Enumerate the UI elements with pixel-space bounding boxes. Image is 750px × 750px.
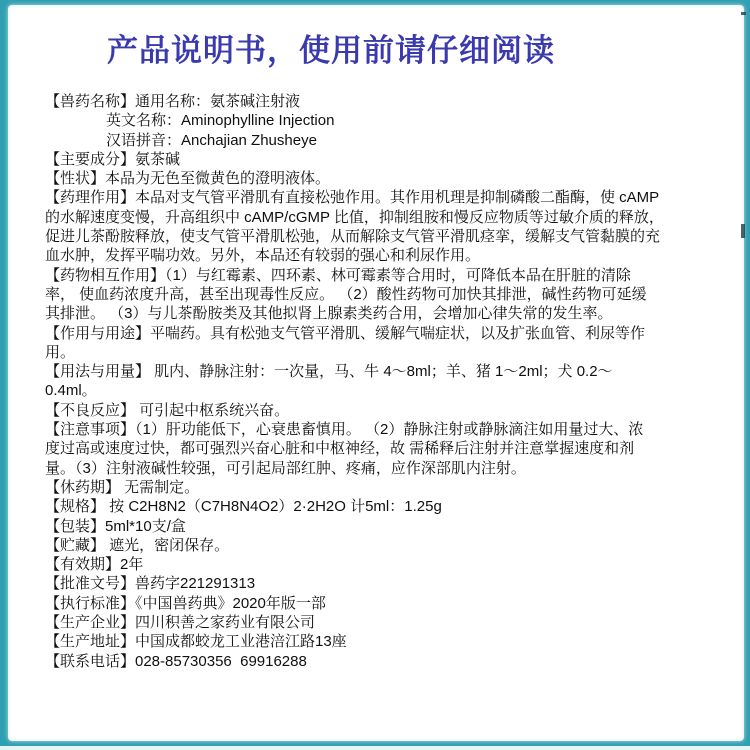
body-line: 其排泄。 （3）与儿茶酚胺类及其他拟肾上腺素类药合用，会增加心律失常的发生率。 (45, 304, 744, 323)
page-title: 产品说明书，使用前请仔细阅读 (8, 31, 654, 71)
body-line: 【生产地址】中国成都蛟龙工业港涪江路13座 (45, 632, 744, 651)
bottom-edge-strip (0, 746, 750, 750)
body-line: 汉语拼音：Anchajian Zhusheye (45, 131, 744, 150)
leaflet-page: 产品说明书，使用前请仔细阅读 【兽药名称】通用名称：氨茶碱注射液 英文名称：Am… (8, 5, 744, 741)
body-line: 率， 使血药浓度升高，甚至出现毒性反应。 （2）酸性药物可加快其排泄，碱性药物可… (45, 285, 744, 304)
body-line: 用。 (45, 343, 744, 362)
leaflet-body: 【兽药名称】通用名称：氨茶碱注射液 英文名称：Aminophylline Inj… (45, 92, 744, 671)
body-line: 量。（3）注射液碱性较强，可引起局部红肿、疼痛，应作深部肌内注射。 (45, 459, 744, 478)
body-line: 【主要成分】氨茶碱 (45, 150, 744, 169)
body-line: 【规格】 按 C2H8N2（C7H8N4O2）2·2H2O 计5ml：1.25g (45, 497, 744, 516)
body-line: 【性状】本品为无色至微黄色的澄明液体。 (45, 169, 744, 188)
body-line: 【药理作用】本品对支气管平滑肌有直接松弛作用。其作用机理是抑制磷酸二酯酶，使 c… (45, 188, 744, 207)
body-line: 【药物相互作用】（1）与红霉素、四环素、林可霉素等合用时，可降低本品在肝脏的清除 (45, 266, 744, 285)
body-line: 度过高或速度过快，都可强烈兴奋心脏和中枢神经，故 需稀释后注射并注意掌握速度和剂 (45, 439, 744, 458)
body-line: 【有效期】2年 (45, 555, 744, 574)
body-line: 【执行标准】《中国兽药典》2020年版一部 (45, 594, 744, 613)
body-line: 【包装】5ml*10支/盒 (45, 517, 744, 536)
body-line: 【批准文号】兽药字221291313 (45, 574, 744, 593)
body-line: 促进儿茶酚胺释放，使支气管平滑肌松弛，从而解除支气管平滑肌痉挛，缓解支气管黏膜的… (45, 227, 744, 246)
body-line: 的水解速度变慢，升高组织中 cAMP/cGMP 比值，抑制组胺和慢反应物质等过敏… (45, 208, 744, 227)
body-line: 血水肿，发挥平喘功效。另外，本品还有较弱的强心和利尿作用。 (45, 246, 744, 265)
body-line: 【贮藏】 遮光，密闭保存。 (45, 536, 744, 555)
body-line: 【注意事项】（1）肝功能低下，心衰患畜慎用。 （2）静脉注射或静脉滴注如用量过大… (45, 420, 744, 439)
body-line: 【不良反应】 可引起中枢系统兴奋。 (45, 401, 744, 420)
scan-artifact (741, 12, 746, 15)
body-line: 英文名称：Aminophylline Injection (45, 111, 744, 130)
body-line: 【休药期】 无需制定。 (45, 478, 744, 497)
body-line: 【用法与用量】 肌内、静脉注射：一次量，马、牛 4～8ml；羊、猪 1～2ml；… (45, 362, 744, 381)
body-line: 【生产企业】四川积善之家药业有限公司 (45, 613, 744, 632)
body-line: 0.4ml。 (45, 381, 744, 400)
body-line: 【作用与用途】平喘药。具有松弛支气管平滑肌、缓解气喘症状，以及扩张血管、利尿等作 (45, 324, 744, 343)
body-line: 【兽药名称】通用名称：氨茶碱注射液 (45, 92, 744, 111)
scan-artifact (741, 224, 745, 238)
body-line: 【联系电话】028-85730356 69916288 (45, 652, 744, 671)
